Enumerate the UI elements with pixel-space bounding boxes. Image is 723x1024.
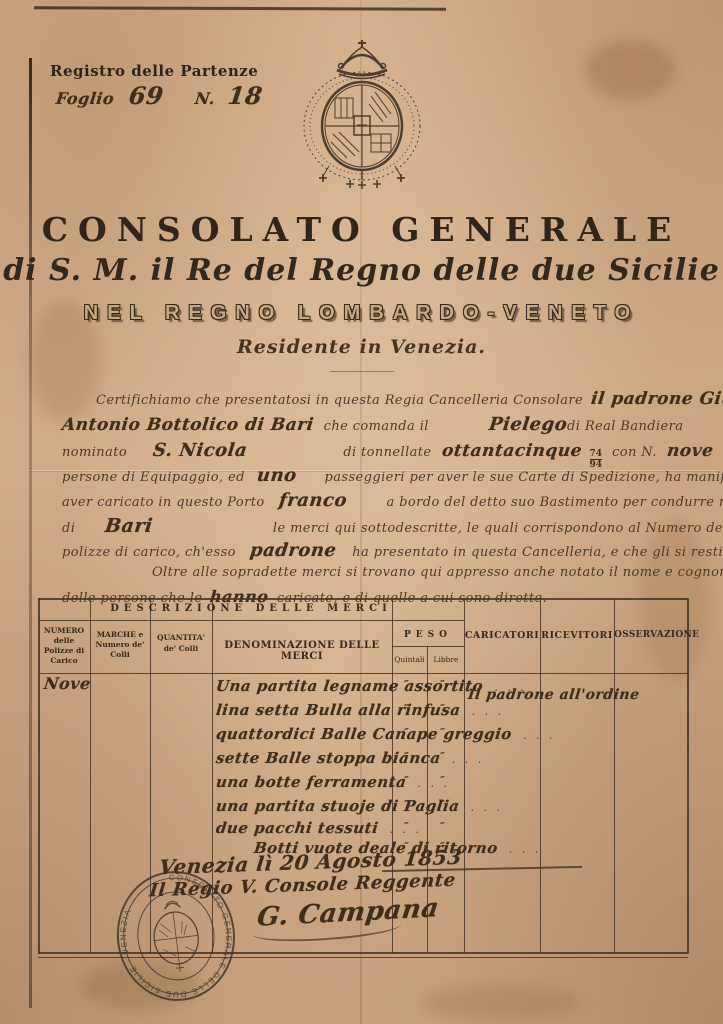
table-vline-left	[38, 598, 40, 954]
body-line-5: aver caricato in questo Porto franco a b…	[62, 492, 662, 510]
merci-text: due pacchi tessuti	[215, 821, 379, 836]
print-text: persone di Equipaggio, ed	[62, 471, 245, 484]
print-text: aver caricato in questo Porto	[62, 496, 265, 509]
body-line-6: di Bari le merci qui sottodescritte, le …	[62, 517, 662, 536]
scanned-consular-document: Registro delle Partenze Foglio 69 N. 18	[0, 0, 723, 1024]
hand-vessel-name: S. Nicola	[152, 442, 248, 460]
print-text: Oltre alle sopradette merci si trovano q…	[152, 566, 723, 579]
fraction-numerator: 74	[590, 450, 603, 459]
title-residente-venezia: Residente in Venezia.	[0, 336, 723, 358]
merci-text: una partita stuoje di Paglia	[215, 799, 460, 814]
print-text: di Real Bandiera	[567, 420, 683, 433]
col-header-caricatori: CARICATORI	[464, 630, 540, 641]
crown-icon	[337, 40, 387, 79]
ditto-quintali: ″	[404, 726, 409, 739]
ditto-libbre: ″	[440, 726, 445, 739]
paper-stain	[420, 985, 580, 1020]
col-header-libbre: Libbre	[428, 655, 464, 664]
foglio-label: Foglio	[55, 91, 115, 107]
paper-stain	[585, 40, 675, 100]
foglio-value: 69	[128, 84, 165, 108]
table-span-header: DESCRIZIONE DELLE MERCI	[38, 603, 464, 614]
numero-value: 18	[227, 84, 264, 108]
print-text: nominato	[62, 446, 127, 459]
print-text: polizze di carico, ch'esso	[62, 546, 236, 559]
col-header-numero-polizze: NUMERO delle Polizze di Carico	[41, 626, 87, 667]
ditto-quintali: ″	[404, 820, 409, 833]
ditto-quintali: ″	[404, 798, 409, 811]
body-line-2: Antonio Bottolico di Bari che comanda il…	[62, 416, 662, 434]
peso-label-underline	[392, 646, 464, 647]
ditto-quintali: ″	[404, 774, 409, 787]
body-line-3: nominato S. Nicola di tonnellate ottanta…	[62, 442, 662, 470]
scan-edge-left	[29, 58, 32, 1008]
table-vline	[540, 598, 541, 954]
merci-row: due pacchi tessuti . . .	[216, 818, 422, 837]
hand-porto-franco: franco	[277, 492, 347, 510]
table-spanheader-underline	[38, 620, 464, 621]
title-regno-lombardo-veneto: NEL REGNO LOMBARDO-VENETO	[0, 302, 723, 325]
ditto-libbre: ″	[440, 702, 445, 715]
col-header-denominazione: DENOMINAZIONE DELLE MERCI	[214, 640, 390, 662]
hand-crew-count: nove	[666, 443, 714, 460]
coat-of-arms-icon	[283, 34, 441, 194]
register-label: Registro delle Partenze	[50, 62, 258, 80]
leader-dots: . . .	[509, 843, 541, 856]
hand-tonnage: ottantacinque	[440, 443, 582, 460]
ditto-libbre: ″	[440, 774, 445, 787]
title-divider	[330, 371, 394, 372]
leader-dots: . . .	[452, 753, 484, 766]
col-header-quantita: QUANTITA' de' Colli	[153, 632, 209, 655]
title-re-due-sicilie: di S. M. il Re del Regno delle due Sicil…	[0, 253, 723, 288]
merci-text: una botte ferramenta	[215, 775, 407, 790]
print-text: a bordo del detto suo Bastimento per con…	[387, 496, 723, 509]
merci-row: quattordici Balle Canape greggio . . .	[216, 724, 555, 743]
body-line-4: persone di Equipaggio, ed uno passeggier…	[62, 467, 662, 485]
ditto-libbre: ″	[440, 798, 445, 811]
ditto-libbre: ″	[440, 820, 445, 833]
col-header-ricevitori: RICEVITORI	[540, 630, 614, 641]
body-line-8: Oltre alle sopradette merci si trovano q…	[62, 566, 662, 579]
table-border-top	[38, 598, 688, 600]
print-text: Certifichiamo che presentatosi in questa…	[96, 394, 583, 407]
print-text: le merci qui sottodescritte, le quali co…	[273, 522, 723, 535]
print-text: con N.	[612, 446, 657, 459]
leader-dots: . . .	[523, 729, 555, 742]
table-vline	[90, 598, 91, 954]
hand-destination-port: Bari	[104, 517, 154, 536]
print-text: che comanda il	[324, 420, 429, 433]
caricatori-entry: Il padrone all'ordine	[467, 688, 640, 702]
print-text: di	[62, 522, 75, 535]
hand-padrone: padrone	[249, 542, 338, 560]
hand-master-name-1: il padrone Giuseppe	[590, 391, 723, 408]
hand-vessel-type: Pielego	[488, 416, 568, 434]
col-header-quintali: Quintali	[392, 655, 427, 664]
merci-text: lina setta Bulla alla rinfusa	[215, 703, 461, 718]
hand-passenger-count: uno	[256, 467, 298, 485]
consulate-stamp: CONSOLATO GENERALE DELLE DUE SICILIE · V…	[98, 856, 255, 1017]
ditto-libbre: ″	[440, 678, 445, 691]
body-line-1: Certifichiamo che presentatosi in questa…	[62, 391, 662, 408]
ditto-libbre: ″	[440, 750, 445, 763]
ditto-quintali: ″	[404, 750, 409, 763]
merci-row: una botte ferramenta . . .	[216, 772, 450, 791]
print-text: di tonnellate	[343, 446, 431, 459]
print-text: passeggieri per aver le sue Carte di Spe…	[325, 471, 723, 484]
ditto-quintali: ″	[404, 678, 409, 691]
table-vline-right	[687, 598, 689, 954]
scan-edge-top	[34, 6, 446, 10]
table-vline	[464, 598, 465, 954]
ditto-quintali: ″	[404, 702, 409, 715]
merci-row: lina setta Bulla alla rinfusa . . .	[216, 700, 504, 719]
hand-master-name-2: Antonio Bottolico di Bari	[61, 417, 315, 434]
table-vline	[614, 598, 615, 954]
col-header-osservazione: OSSERVAZIONE	[614, 630, 688, 640]
merci-text: quattordici Balle Canape greggio	[215, 727, 513, 742]
col-header-marche: MARCHE e Numero de' Colli	[93, 630, 147, 660]
body-line-7: polizze di carico, ch'esso padrone ha pr…	[62, 542, 662, 560]
polizze-entry: Nove	[43, 676, 92, 692]
print-text: ha presentato in questa Cancelleria, e c…	[352, 546, 723, 559]
leader-dots: . . .	[471, 801, 503, 814]
table-header-underline	[38, 673, 688, 674]
col-header-peso: PESO	[392, 630, 464, 640]
register-folio-line: Foglio 69 N. 18	[56, 84, 262, 108]
leader-dots: . . .	[417, 777, 449, 790]
numero-label: N.	[194, 91, 216, 107]
merci-row: una partita stuoje di Paglia . . .	[216, 796, 503, 815]
leader-dots: . . .	[472, 705, 504, 718]
title-consolato-generale: CONSOLATO GENERALE	[0, 210, 723, 249]
